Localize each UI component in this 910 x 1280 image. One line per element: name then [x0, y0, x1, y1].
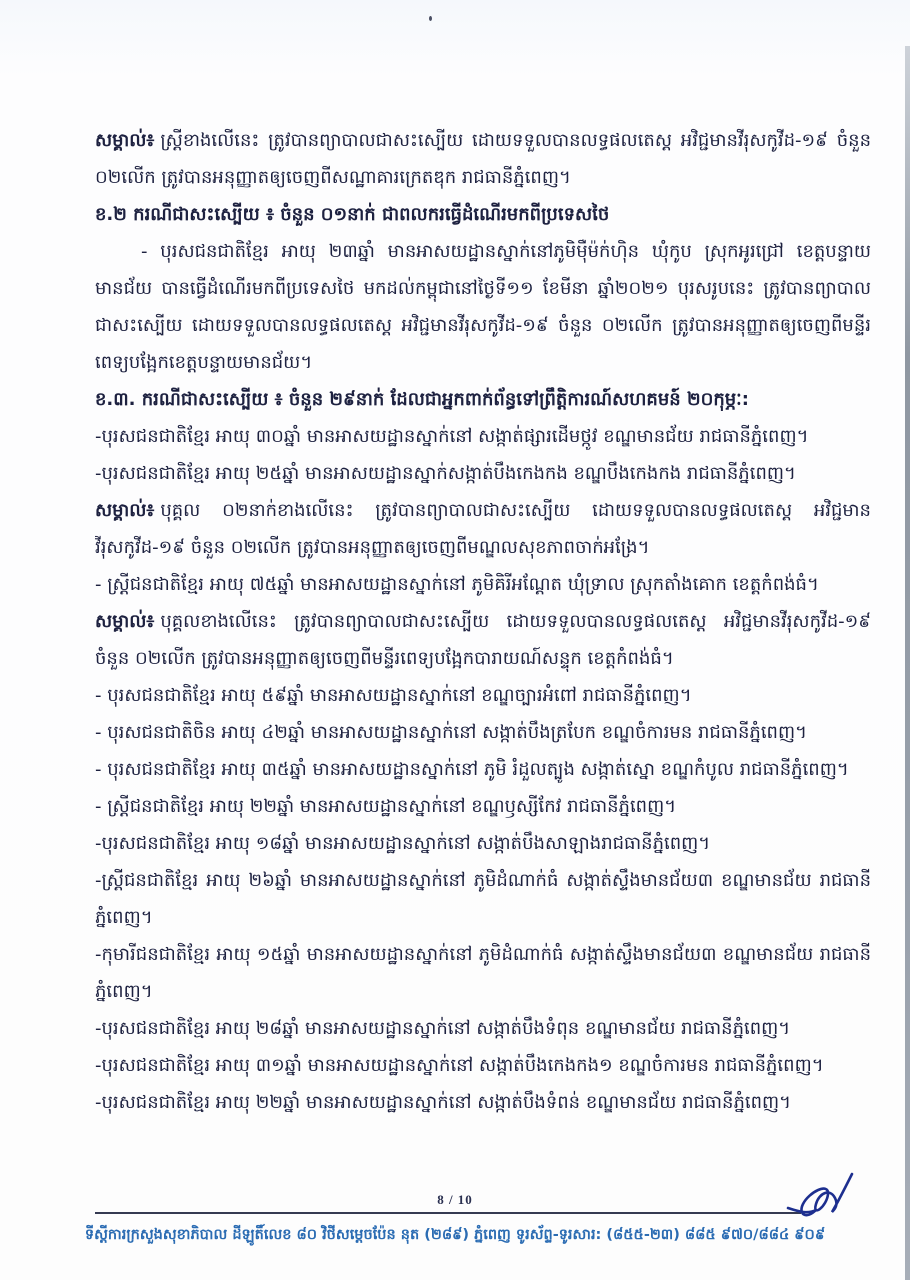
document-body: សម្គាល់៖ស្ត្រីខាងលើនេះ ត្រូវបានព្យាបាលជា… — [95, 122, 871, 1172]
paragraph-text: -បុរសជនជាតិខ្មែរ អាយុ ២៨ឆ្នាំ មានអាសយដ្ឋ… — [95, 1018, 790, 1039]
ministry-footer-line: ទីស្តីការក្រសួងសុខាភិបាល ដីឡូតិ៍លេខ ៨០ វ… — [0, 1226, 910, 1247]
signature-initial-icon — [786, 1168, 870, 1234]
paragraph-text: -បុរសជនជាតិខ្មែរ អាយុ ៣០ឆ្នាំ មានអាសយដ្ឋ… — [95, 426, 808, 447]
case-paragraph: - បុរសជនជាតិខ្មែរ អាយុ ២៣ឆ្នាំ មានអាសយដ្… — [95, 233, 871, 381]
case-bullet: - បុរសជនជាតិខ្មែរ អាយុ ៥៩ឆ្នាំ មានអាសយដ្… — [95, 677, 871, 714]
note-paragraph: សម្គាល់៖បុគ្គល ០២នាក់ខាងលើនេះ ត្រូវបានព្… — [95, 492, 871, 566]
note-label: សម្គាល់៖ — [95, 130, 154, 151]
paragraph-text: - បុរសជនជាតិខ្មែរ អាយុ ៣៥ឆ្នាំ មានអាសយដ្… — [95, 759, 849, 780]
paragraph-text: - បុរសជនជាតិខ្មែរ អាយុ ២៣ឆ្នាំ មានអាសយដ្… — [95, 241, 871, 373]
case-bullet: -បុរសជនជាតិខ្មែរ អាយុ ២២ឆ្នាំ មានអាសយដ្ឋ… — [95, 1084, 871, 1121]
paragraph-text: ខ.២ ករណីជាសះស្បើយ ៖ ចំនួន ០១នាក់ ជាពលករធ… — [95, 204, 609, 225]
case-bullet: -បុរសជនជាតិខ្មែរ អាយុ ៣០ឆ្នាំ មានអាសយដ្ឋ… — [95, 418, 871, 455]
paragraph-text: - ស្ត្រីជនជាតិខ្មែរ អាយុ ៧៥ឆ្នាំ មានអាសយ… — [95, 574, 819, 595]
note-paragraph: សម្គាល់៖បុគ្គលខាងលើនេះ ត្រូវបានព្យាបាលជា… — [95, 603, 871, 677]
section-heading: ខ.៣. ករណីជាសះស្បើយ ៖ ចំនួន ២៩នាក់ ដែលជាអ… — [95, 381, 871, 418]
scanned-document-page: សម្គាល់៖ស្ត្រីខាងលើនេះ ត្រូវបានព្យាបាលជា… — [0, 0, 910, 1280]
scanner-edge-shadow — [905, 46, 910, 1280]
paragraph-text: -ស្ត្រីជនជាតិខ្មែរ អាយុ ២៦ឆ្នាំ មានអាសយដ… — [95, 870, 871, 928]
section-heading: ខ.២ ករណីជាសះស្បើយ ៖ ចំនួន ០១នាក់ ជាពលករធ… — [95, 196, 871, 233]
note-paragraph: សម្គាល់៖ស្ត្រីខាងលើនេះ ត្រូវបានព្យាបាលជា… — [95, 122, 871, 196]
paragraph-text: - ស្ត្រីជនជាតិខ្មែរ អាយុ ២២ឆ្នាំ មានអាសយ… — [95, 796, 676, 817]
case-bullet: -បុរសជនជាតិខ្មែរ អាយុ ២៥ឆ្នាំ មានអាសយដ្ឋ… — [95, 455, 871, 492]
case-bullet: - ស្ត្រីជនជាតិខ្មែរ អាយុ ៧៥ឆ្នាំ មានអាសយ… — [95, 566, 871, 603]
paragraph-text: បុគ្គល ០២នាក់ខាងលើនេះ ត្រូវបានព្យាបាលជាស… — [95, 500, 871, 558]
case-bullet: -ស្ត្រីជនជាតិខ្មែរ អាយុ ២៦ឆ្នាំ មានអាសយដ… — [95, 862, 871, 936]
paragraph-text: -បុរសជនជាតិខ្មែរ អាយុ ២២ឆ្នាំ មានអាសយដ្ឋ… — [95, 1092, 791, 1113]
paragraph-text: -កុមារីជនជាតិខ្មែរ អាយុ ១៥ឆ្នាំ មានអាសយដ… — [95, 944, 871, 1002]
paragraph-text: ស្ត្រីខាងលើនេះ ត្រូវបានព្យាបាលជាសះស្បើយ … — [95, 130, 871, 188]
paragraph-text: - បុរសជនជាតិខ្មែរ អាយុ ៥៩ឆ្នាំ មានអាសយដ្… — [95, 685, 692, 706]
case-bullet: -បុរសជនជាតិខ្មែរ អាយុ ២៨ឆ្នាំ មានអាសយដ្ឋ… — [95, 1010, 871, 1047]
case-bullet: -បុរសជនជាតិខ្មែរ អាយុ ៣១ឆ្នាំ មានអាសយដ្ឋ… — [95, 1047, 871, 1084]
page-number: 8 / 10 — [0, 1192, 910, 1208]
case-bullet: -បុរសជនជាតិខ្មែរ អាយុ ១៨ឆ្នាំ មានអាសយដ្ឋ… — [95, 825, 871, 862]
note-label: សម្គាល់៖ — [95, 611, 154, 632]
case-bullet: - ស្ត្រីជនជាតិខ្មែរ អាយុ ២២ឆ្នាំ មានអាសយ… — [95, 788, 871, 825]
paragraph-text: បុគ្គលខាងលើនេះ ត្រូវបានព្យាបាលជាសះស្បើយ … — [95, 611, 871, 669]
case-bullet: - បុរសជនជាតិខ្មែរ អាយុ ៣៥ឆ្នាំ មានអាសយដ្… — [95, 751, 871, 788]
scan-speck — [429, 16, 432, 21]
footer-rule — [95, 1212, 801, 1214]
paragraph-text: ខ.៣. ករណីជាសះស្បើយ ៖ ចំនួន ២៩នាក់ ដែលជាអ… — [95, 389, 749, 410]
case-bullet: -កុមារីជនជាតិខ្មែរ អាយុ ១៥ឆ្នាំ មានអាសយដ… — [95, 936, 871, 1010]
paragraph-text: -បុរសជនជាតិខ្មែរ អាយុ ៣១ឆ្នាំ មានអាសយដ្ឋ… — [95, 1055, 824, 1076]
paragraph-text: - បុរសជនជាតិចិន អាយុ ៤២ឆ្នាំ មានអាសយដ្ឋា… — [95, 722, 807, 743]
paragraph-text: -បុរសជនជាតិខ្មែរ អាយុ ១៨ឆ្នាំ មានអាសយដ្ឋ… — [95, 833, 710, 854]
note-label: សម្គាល់៖ — [95, 500, 154, 521]
case-bullet: - បុរសជនជាតិចិន អាយុ ៤២ឆ្នាំ មានអាសយដ្ឋា… — [95, 714, 871, 751]
paragraph-text: -បុរសជនជាតិខ្មែរ អាយុ ២៥ឆ្នាំ មានអាសយដ្ឋ… — [95, 463, 796, 484]
